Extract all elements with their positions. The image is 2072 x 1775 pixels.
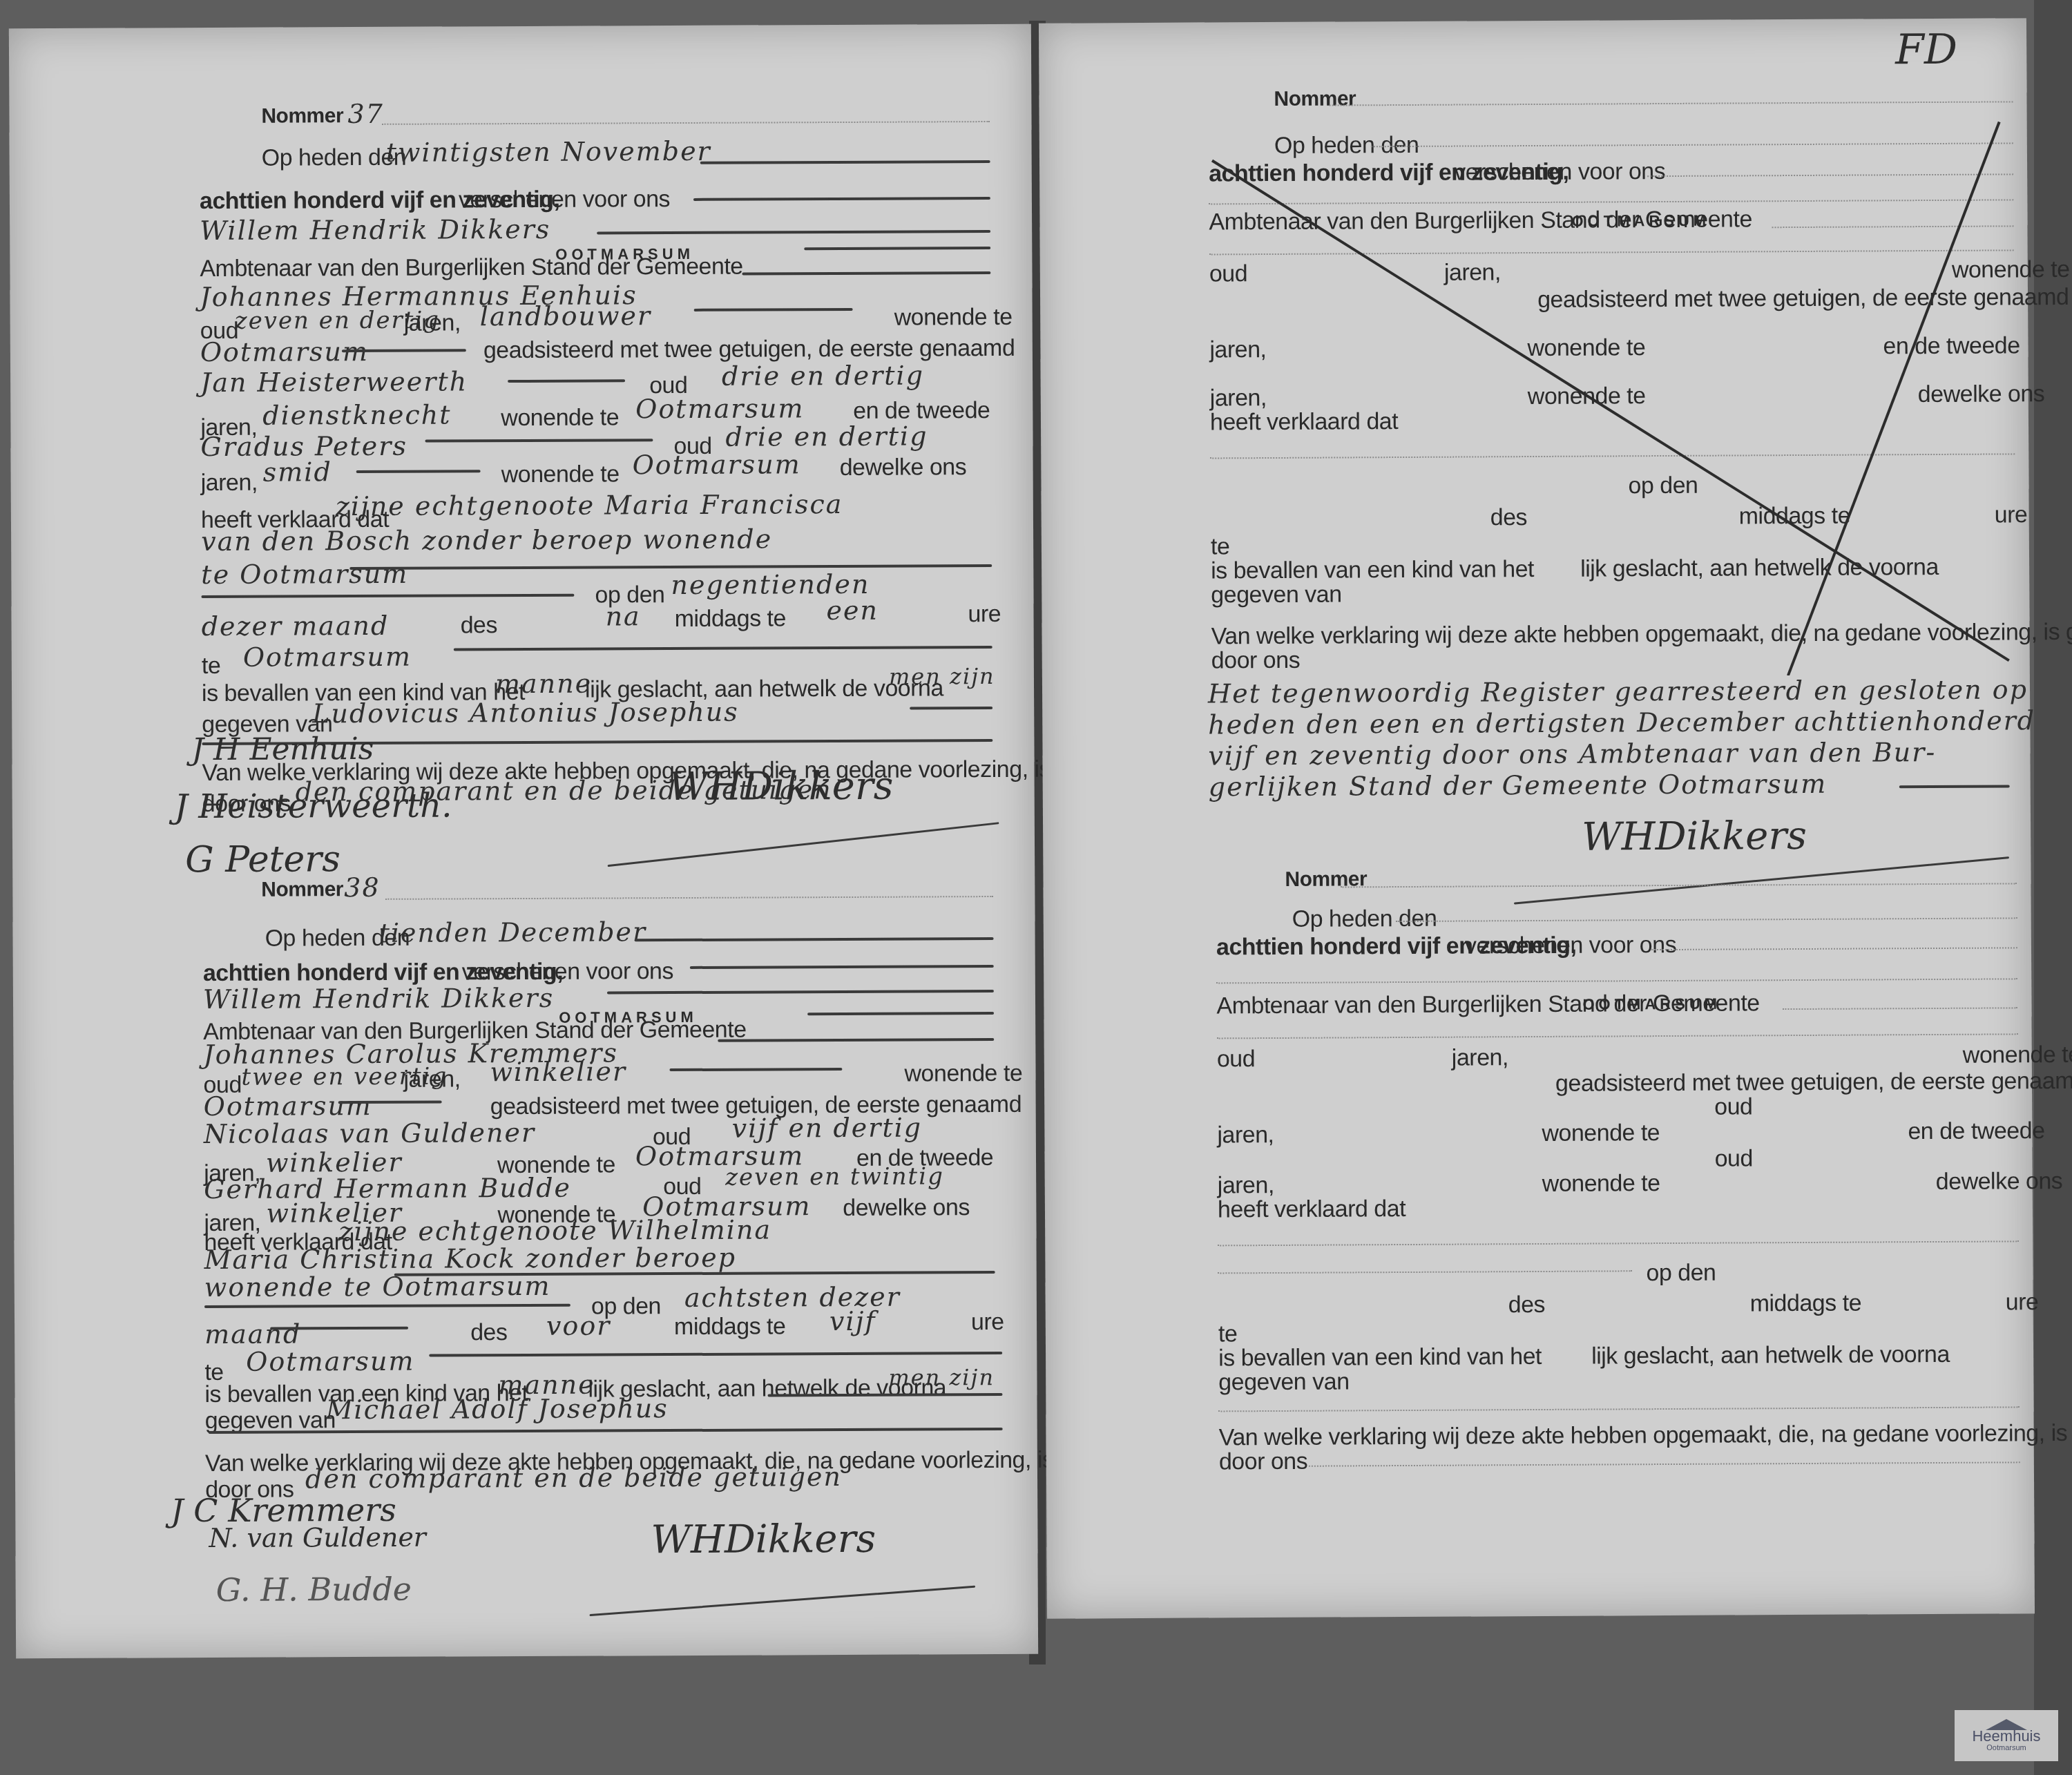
time-hour: een	[826, 595, 879, 626]
jaren-label: jaren,	[1217, 1122, 1274, 1149]
time-part: na	[605, 601, 640, 631]
nommer-label: Nommer	[1285, 867, 1367, 892]
record-38: Nommer 38 Op heden den tienden December …	[9, 24, 1031, 28]
jaren-label: jaren,	[403, 1066, 460, 1093]
wonende-te-label: wonende te	[501, 404, 619, 432]
jaren-label: jaren,	[1452, 1044, 1508, 1071]
closing-note-line-3: vijf en zeventig door ons Ambtenaar van …	[1208, 737, 1936, 771]
des-label: des	[470, 1319, 507, 1346]
middags-te-label: middags te	[1750, 1290, 1862, 1318]
verschenen-label: verschenen voor ons	[1465, 932, 1676, 960]
en-de-tweede-label: en de tweede	[1908, 1117, 2044, 1145]
record-date: tienden December	[378, 917, 646, 948]
signature-declarant: J H Eenhuis	[191, 731, 374, 767]
blank-form-crossed: Nommer Op heden den achttien honderd vij…	[1039, 18, 2026, 23]
watermark-name: Heemhuis	[1972, 1729, 2040, 1744]
ure-label: ure	[968, 601, 1001, 628]
gemeente-label: OOTMARSUM	[555, 245, 694, 264]
left-page: Nommer 37 Op heden den twintigsten Novem…	[9, 24, 1038, 1658]
verschenen-label: verschenen voor ons	[462, 958, 673, 986]
signature-witness1: J Heisterweerth.	[175, 786, 452, 826]
van-welke-label: Van welke verklaring wij deze akte hebbe…	[1219, 1419, 2072, 1451]
time-part: voor	[546, 1310, 611, 1341]
wonende-te-label: wonende te	[904, 1060, 1022, 1088]
birth-month: maand	[204, 1318, 301, 1350]
signature-official: WHDikkers	[669, 764, 894, 809]
geadsisteerd-label: geadsisteerd met twee getuigen, de eerst…	[1555, 1068, 2072, 1097]
wonende-te-label: wonende te	[1963, 1042, 2072, 1069]
statement-line-2: van den Bosch zonder beroep wonende	[201, 524, 772, 557]
cancellation-cross	[1039, 18, 2030, 679]
te-label: te	[202, 653, 221, 680]
oud-label: oud	[1714, 1145, 1752, 1172]
heemhuis-watermark: Heemhuis Ootmarsum	[1955, 1710, 2058, 1761]
child-names: Michael Adolf Josephus	[325, 1393, 668, 1425]
signature-witness1: N. van Guldener	[209, 1522, 426, 1553]
middags-te-label: middags te	[675, 605, 786, 633]
wonende-te-label: wonende te	[501, 461, 620, 488]
op-heden-label: Op heden den	[1292, 905, 1437, 933]
ure-label: ure	[971, 1309, 1004, 1336]
names-suffix: men zijn	[888, 1364, 995, 1391]
statement-line-2: Maria Christina Kock zonder beroep	[204, 1242, 737, 1275]
verschenen-label: verschenen voor ons	[459, 186, 670, 213]
witness2-age: zeven en twintig	[725, 1162, 944, 1191]
te-label: te	[1218, 1321, 1238, 1347]
signature-witness2: G Peters	[185, 838, 340, 881]
des-label: des	[1508, 1292, 1546, 1318]
witness1-age: vijf en dertig	[732, 1112, 923, 1143]
right-page: FD Nommer Op heden den achttien honderd …	[1039, 18, 2035, 1618]
child-sex: manne	[495, 669, 592, 700]
witness1-name: Nicolaas van Guldener	[204, 1117, 535, 1149]
birth-place: Ootmarsum	[243, 642, 412, 673]
gemeente-label: OOTMARSUM	[1582, 995, 1721, 1014]
witness1-occupation: dienstknecht	[262, 399, 451, 430]
witness1-name: Jan Heisterweerth	[200, 366, 468, 398]
closing-note-line-2: heden den een en dertigsten December ach…	[1208, 705, 2035, 740]
declarant-occupation: winkelier	[490, 1056, 626, 1087]
oud-label: oud	[1217, 1046, 1255, 1073]
time-hour: vijf	[829, 1306, 876, 1336]
wonende-te-label: wonende te	[1542, 1120, 1660, 1147]
nommer-label: Nommer	[261, 878, 343, 902]
signature-official: WHDikkers	[651, 1517, 876, 1562]
lijk-geslacht-label: lijk geslacht, aan hetwelk de voorna	[1591, 1341, 1950, 1370]
closing-note-line-1: Het tegenwoordig Register gearresteerd e…	[1208, 674, 2028, 709]
heeft-verklaard-label: heeft verklaard dat	[1218, 1196, 1406, 1223]
dewelke-ons-label: dewelke ons	[1936, 1168, 2063, 1196]
des-label: des	[461, 612, 497, 639]
witness1-age: drie en dertig	[722, 360, 924, 391]
signature-witness2: G. H. Budde	[216, 1571, 412, 1609]
ure-label: ure	[2006, 1289, 2039, 1316]
dewelke-ons-label: dewelke ons	[843, 1194, 970, 1222]
is-bevallen-label: is bevallen van een kind van het	[1218, 1343, 1542, 1372]
wonende-te-label: wonende te	[1542, 1170, 1660, 1198]
declarant-residence: Ootmarsum	[204, 1091, 372, 1122]
middags-te-label: middags te	[674, 1313, 785, 1341]
record-number: 37	[347, 99, 384, 129]
geadsisteerd-label: geadsisteerd met twee getuigen, de eerst…	[483, 335, 1015, 364]
jaren-label: jaren,	[1218, 1172, 1274, 1199]
names-suffix: men zijn	[889, 663, 995, 690]
record-number: 38	[344, 872, 381, 903]
child-names: Ludovicus Antonius Josephus	[312, 697, 739, 729]
gegeven-van-label: gegeven van	[1218, 1368, 1349, 1396]
op-den-label: op den	[1646, 1260, 1716, 1287]
gemeente-label: OOTMARSUM	[559, 1008, 698, 1027]
official-name: Willem Hendrik Dikkers	[203, 983, 554, 1015]
record-date: twintigsten November	[386, 136, 711, 168]
official-name: Willem Hendrik Dikkers	[200, 214, 550, 246]
closing-signature: WHDikkers	[1582, 814, 1807, 860]
dewelke-ons-label: dewelke ons	[840, 454, 967, 481]
witness2-residence: Ootmarsum	[633, 449, 801, 480]
witness1-residence: Ootmarsum	[635, 393, 804, 424]
jaren-label: jaren,	[201, 470, 258, 497]
jaren-label: jaren,	[404, 309, 461, 336]
closing-note-line-4: gerlijken Stand der Gemeente Ootmarsum	[1209, 769, 1828, 803]
record-37: Nommer 37 Op heden den twintigsten Novem…	[9, 24, 1031, 28]
op-heden-label: Op heden den	[262, 144, 407, 172]
statement-line-1: zijne echtgenoote Maria Francisca	[336, 489, 843, 521]
watermark-sub: Ootmarsum	[1986, 1744, 2026, 1752]
birth-place: Ootmarsum	[246, 1346, 414, 1377]
statement-line-3: te Ootmarsum	[201, 559, 408, 590]
witness2-occupation: smid	[263, 457, 332, 487]
door-ons-label: door ons	[1219, 1448, 1308, 1476]
nommer-label: Nommer	[261, 104, 343, 128]
declarant-occupation: landbouwer	[480, 300, 652, 332]
signed-by: den comparant en de beide getuigen	[305, 1461, 842, 1494]
witness2-age: drie en dertig	[725, 421, 928, 452]
oud-label: oud	[1714, 1093, 1752, 1120]
wonende-te-label: wonende te	[894, 304, 1013, 332]
birth-month: dezer maand	[202, 611, 390, 642]
